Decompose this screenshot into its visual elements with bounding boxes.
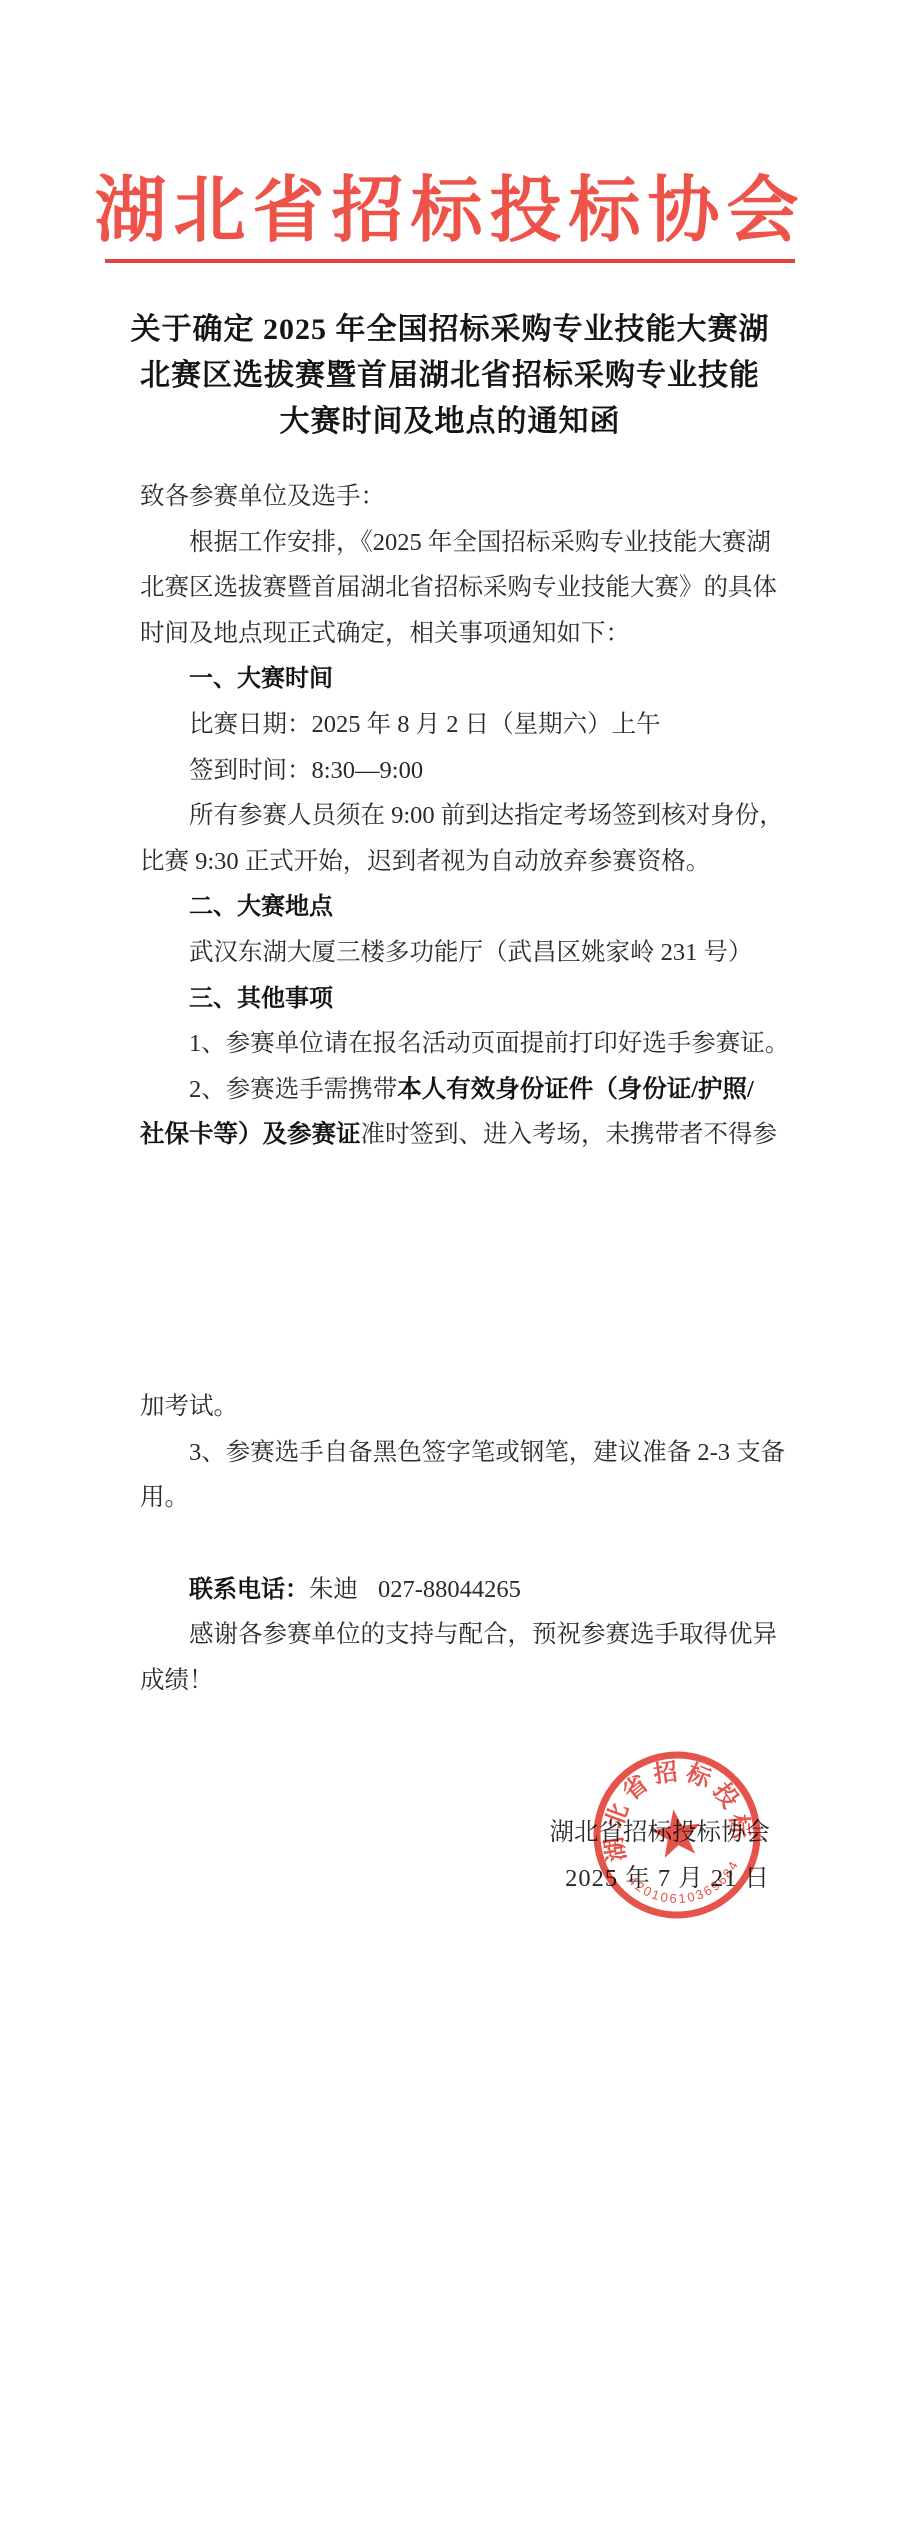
item2-regular-text: 2、参赛选手需携带: [189, 1076, 397, 1103]
checkin-time-line: 签到时间：8:30—9:00: [140, 748, 785, 794]
competition-date-line: 比赛日期：2025 年 8 月 2 日（星期六）上午: [140, 702, 785, 748]
salutation: 致各参赛单位及选手：: [140, 474, 785, 520]
signoff-block: 湖北省招标投标协会 2025 年 7 月 21 日: [140, 1810, 785, 1901]
letterhead-org-name: 湖北省招标投标协会: [0, 0, 900, 251]
item2-regular-text: 准时签到、进入考场，未携带者不得参: [361, 1121, 778, 1148]
section3-item3-line2: 用。: [140, 1475, 785, 1521]
section1-paragraph-line: 所有参赛人员须在 9:00 前到达指定考场签到核对身份，: [140, 793, 785, 839]
document-title: 关于确定 2025 年全国招标采购专业技能大赛湖 北赛区选拔赛暨首届湖北省招标采…: [0, 307, 900, 445]
title-line-2: 北赛区选拔赛暨首届湖北省招标采购专业技能: [0, 353, 900, 399]
venue-line: 武汉东湖大厦三楼多功能厅（武昌区姚家岭 231 号）: [140, 930, 785, 976]
thanks-line: 成绩！: [140, 1658, 785, 1704]
intro-paragraph-line: 根据工作安排，《2025 年全国招标采购专业技能大赛湖: [140, 520, 785, 566]
title-line-3: 大赛时间及地点的通知函: [0, 399, 900, 445]
item2-bold-text: 本人有效身份证件（身份证/护照/: [397, 1076, 754, 1103]
contact-label: 联系电话：: [189, 1576, 309, 1603]
section3-item2-continuation: 加考试。: [140, 1384, 785, 1430]
document-body: 致各参赛单位及选手： 根据工作安排，《2025 年全国招标采购专业技能大赛湖 北…: [140, 474, 785, 1902]
item2-bold-text: 社保卡等）及参赛证: [140, 1121, 361, 1148]
page-break-gap: [140, 1158, 785, 1384]
intro-paragraph-line: 时间及地点现正式确定，相关事项通知如下：: [140, 611, 785, 657]
contact-person: 朱迪: [309, 1576, 358, 1603]
signoff-org-name: 湖北省招标投标协会: [140, 1810, 770, 1856]
section3-item3-line1: 3、参赛选手自备黑色签字笔或钢笔，建议准备 2-3 支备: [140, 1430, 785, 1476]
section3-item2-line2: 社保卡等）及参赛证准时签到、进入考场，未携带者不得参: [140, 1112, 785, 1158]
section2-heading: 二、大赛地点: [140, 884, 785, 930]
letterhead-divider: [105, 259, 795, 263]
intro-paragraph-line: 北赛区选拔赛暨首届湖北省招标采购专业技能大赛》的具体: [140, 565, 785, 611]
paragraph-gap: [140, 1521, 785, 1567]
signoff-date: 2025 年 7 月 21 日: [140, 1856, 770, 1902]
section3-heading: 三、其他事项: [140, 976, 785, 1022]
thanks-line: 感谢各参赛单位的支持与配合，预祝参赛选手取得优异: [140, 1612, 785, 1658]
document-page: 湖北省招标投标协会 关于确定 2025 年全国招标采购专业技能大赛湖 北赛区选拔…: [0, 0, 900, 2544]
section3-item2-line1: 2、参赛选手需携带本人有效身份证件（身份证/护照/: [140, 1067, 785, 1113]
title-line-1: 关于确定 2025 年全国招标采购专业技能大赛湖: [0, 307, 900, 353]
contact-phone-number: 027-88044265: [378, 1576, 521, 1603]
section1-heading: 一、大赛时间: [140, 656, 785, 702]
section1-paragraph-line: 比赛 9:30 正式开始，迟到者视为自动放弃参赛资格。: [140, 839, 785, 885]
signoff-gap: [140, 1703, 785, 1810]
section3-item1: 1、参赛单位请在报名活动页面提前打印好选手参赛证。: [140, 1021, 785, 1067]
contact-line: 联系电话：朱迪027-88044265: [140, 1567, 785, 1613]
